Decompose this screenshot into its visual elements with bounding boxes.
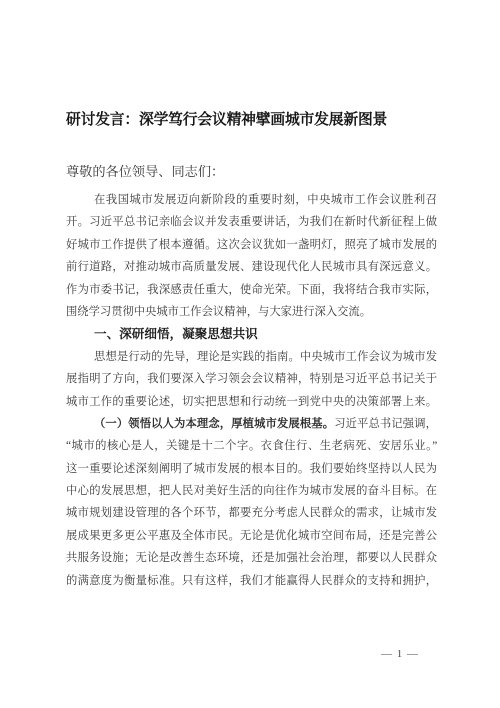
document-body: 在我国城市发展迈向新阶段的重要时刻，中央城市工作会议胜利召 开。习近平总书记亲临… (66, 189, 437, 592)
greeting-line: 尊敬的各位领导、同志们： (66, 161, 437, 183)
body-line: 展指明了方向，我们要深入学习领会会议精神，特别是习近平总书记关于 (66, 368, 437, 390)
body-line: 城市工作的重要论述，切实把思想和行动统一到党中央的决策部署上来。 (66, 391, 437, 413)
subsection-heading: （一）领悟以人为本理念，厚植城市发展根基。 (94, 418, 334, 430)
document-page: 研讨发言：深学笃行会议精神擘画城市发展新图景 尊敬的各位领导、同志们： 在我国城… (0, 0, 500, 708)
page-number: — 1 — (372, 648, 428, 660)
body-line: 好城市工作提供了根本遵循。这次会议犹如一盏明灯，照亮了城市发展的 (66, 234, 437, 256)
body-line: 作为市委书记，我深感责任重大，使命光荣。下面，我将结合我市实际， (66, 279, 437, 301)
body-line: 在我国城市发展迈向新阶段的重要时刻，中央城市工作会议胜利召 (66, 189, 437, 211)
body-line: 开。习近平总书记亲临会议并发表重要讲话，为我们在新时代新征程上做 (66, 211, 437, 233)
body-line: 城市规划建设管理的各个环节，都要充分考虑人民群众的需求，让城市发 (66, 502, 437, 524)
document-title: 研讨发言：深学笃行会议精神擘画城市发展新图景 (66, 109, 446, 131)
body-line: 这一重要论述深刻阐明了城市发展的根本目的。我们要始终坚持以人民为 (66, 458, 437, 480)
body-line: 前行道路，对推动城市高质量发展、建设现代化人民城市具有深远意义。 (66, 256, 437, 278)
body-line-text: 习近平总书记强调， (334, 418, 437, 430)
body-line: 展成果更多更公平惠及全体市民。无论是优化城市空间布局，还是完善公 (66, 525, 437, 547)
quote-line: “城市的核心是人，关键是十二个字。衣食住行、生老病死、安居乐业。” (66, 435, 437, 457)
body-line: 思想是行动的先导，理论是实践的指南。中央城市工作会议为城市发 (66, 346, 437, 368)
body-line: （一）领悟以人为本理念，厚植城市发展根基。习近平总书记强调， (66, 413, 437, 435)
body-line: 中心的发展思想，把人民对美好生活的向往作为城市发展的奋斗目标。在 (66, 480, 437, 502)
section-heading: 一、深研细悟，凝聚思想共识 (66, 323, 437, 345)
body-line: 围绕学习贯彻中央城市工作会议精神，与大家进行深入交流。 (66, 301, 437, 323)
body-line: 的满意度为衡量标准。只有这样，我们才能赢得人民群众的支持和拥护， (66, 570, 437, 592)
body-line: 共服务设施；无论是改善生态环境，还是加强社会治理，都要以人民群众 (66, 547, 437, 569)
